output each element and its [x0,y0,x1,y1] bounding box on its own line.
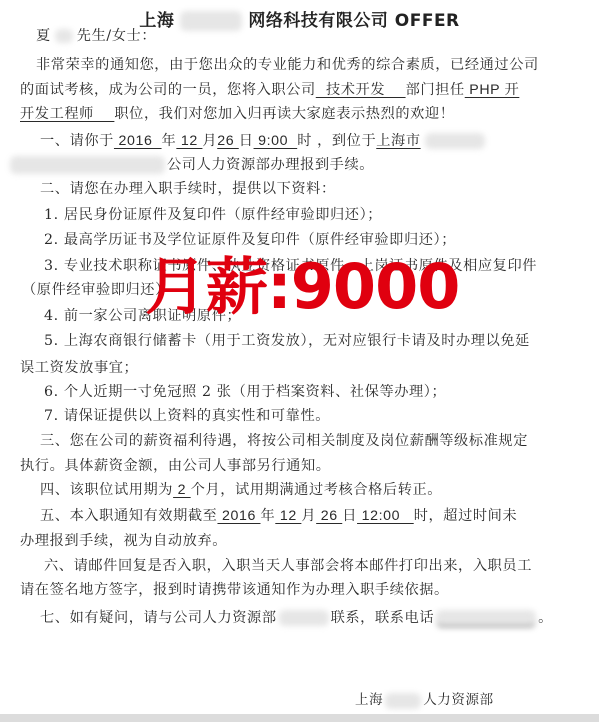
item4-prefix: 四、该职位试用期为 [40,482,173,498]
day-label: 日 [239,133,254,149]
item-5-line-2: 办理报到手续，视为自动放弃。 [20,531,227,551]
item1-prefix: 一、请你于 [40,133,114,149]
item1-line2-text: 公司人力资源部办理报到手续。 [167,157,374,173]
signature: 上海人力资源部 [355,690,494,710]
month-label: 月 [301,508,316,524]
material-1: 1. 居民身份证原件及复印件（原件经审验即归还）； [44,205,382,225]
intro-text-3: 职位，我们对您加入归再读大家庭表示热烈的欢迎！ [114,106,454,122]
item7-prefix: 七、如有疑问，请与公司人力资源部 [40,610,277,626]
surname: 夏 [36,28,51,44]
deadline-month: 12 [275,506,301,526]
redacted-contact-name [279,610,329,626]
deadline-year: 2016 [217,506,260,526]
signature-suffix: 人力资源部 [423,692,494,708]
intro-line-3: 开发工程师 职位，我们对您加入归再读大家庭表示热烈的欢迎！ [20,104,455,124]
redacted-company-name [180,11,242,31]
year-label: 年 [162,133,177,149]
year-label: 年 [261,508,276,524]
position-field: PHP 开 [465,80,520,100]
redacted-address-2 [10,156,165,174]
report-day: 26 [217,131,239,151]
deadline-day: 26 [316,506,342,526]
item-3-line-1: 三、您在公司的薪资福利待遇，将按公司相关制度及岗位薪酬等级标准规定 [40,431,528,451]
title-suffix: 网络科技有限公司 OFFER [248,11,459,31]
department-field: 技术开发 [316,80,406,100]
salary-stamp: 月薪:9000 [145,252,459,322]
position-field-cont: 开发工程师 [20,104,114,124]
deadline-time: 12:00 [357,506,414,526]
item5-suffix: 时，超过时间未 [414,508,518,524]
item5-prefix: 五、本入职通知有效期截至 [40,508,217,524]
item4-suffix: 个月，试用期满通过考核合格后转正。 [191,482,442,498]
report-city: 上海市 [376,131,420,151]
item-2-heading: 二、请您在办理入职手续时，提供以下资料： [40,179,336,199]
material-5-cont: 误工资发放事宜； [20,358,138,378]
material-6: 6. 个人近期一寸免冠照 2 张（用于档案资料、社保等办理）； [44,382,446,402]
day-label: 日 [342,508,357,524]
item-5-line-1: 五、本入职通知有效期截至 2016 年 12 月 26 日 12:00 时，超过… [40,506,517,526]
salutation-suffix: 先生/女士： [77,28,156,44]
probation-months: 2 [173,480,191,500]
intro-line-2: 的面试考核，成为公司的一员，您将入职公司 技术开发 部门担任 PHP 开 [20,80,519,100]
report-time: 9:00 [254,131,298,151]
item-1-line-2: 公司人力资源部办理报到手续。 [10,155,374,175]
item-6-line-1: 六、请邮件回复是否入职，入职当天人事部会将本邮件打印出来，入职员工 [44,556,532,576]
item-1-line-1: 一、请你于 2016 年 12 月26 日 9:00 时 ，到位于上海市 [40,131,485,151]
redacted-name [55,29,73,43]
report-month: 12 [176,131,202,151]
bottom-edge [0,714,599,722]
redacted-phone [436,610,536,627]
intro-text-2: 部门担任 [406,82,465,98]
material-5: 5. 上海农商银行储蓄卡（用于工资发放），无对应银行卡请及时办理以免延 [44,331,530,351]
redacted-address [425,133,485,149]
item7-middle: 联系，联系电话 [331,610,435,626]
salutation: 夏先生/女士： [36,26,156,46]
item-6-line-2: 请在签名地方签字，报到时请携带该通知作为办理入职手续依据。 [20,580,449,600]
material-7: 7. 请保证提供以上资料的真实性和可靠性。 [44,406,330,426]
report-year: 2016 [114,131,162,151]
signature-prefix: 上海 [355,692,383,708]
item7-end: 。 [538,610,553,626]
offer-letter: 上海网络科技有限公司 OFFER 夏先生/女士： 非常荣幸的通知您，由于您出众的… [0,0,599,714]
intro-line-1: 非常荣幸的通知您，由于您出众的专业能力和优秀的综合素质，已经通过公司 [36,55,539,75]
intro-text: 的面试考核，成为公司的一员，您将入职公司 [20,82,316,98]
item-4: 四、该职位试用期为 2 个月，试用期满通过考核合格后转正。 [40,480,442,500]
material-2: 2. 最高学历证书及学位证原件及复印件（原件经审验即归还）； [44,230,456,250]
item-3-line-2: 执行。具体薪资金额，由公司人事部另行通知。 [20,456,331,476]
time-label: 时 ，到位于 [297,133,376,149]
item-7: 七、如有疑问，请与公司人力资源部联系，联系电话。 [40,608,553,628]
redacted-signature-company [385,693,421,709]
month-label: 月 [202,133,217,149]
